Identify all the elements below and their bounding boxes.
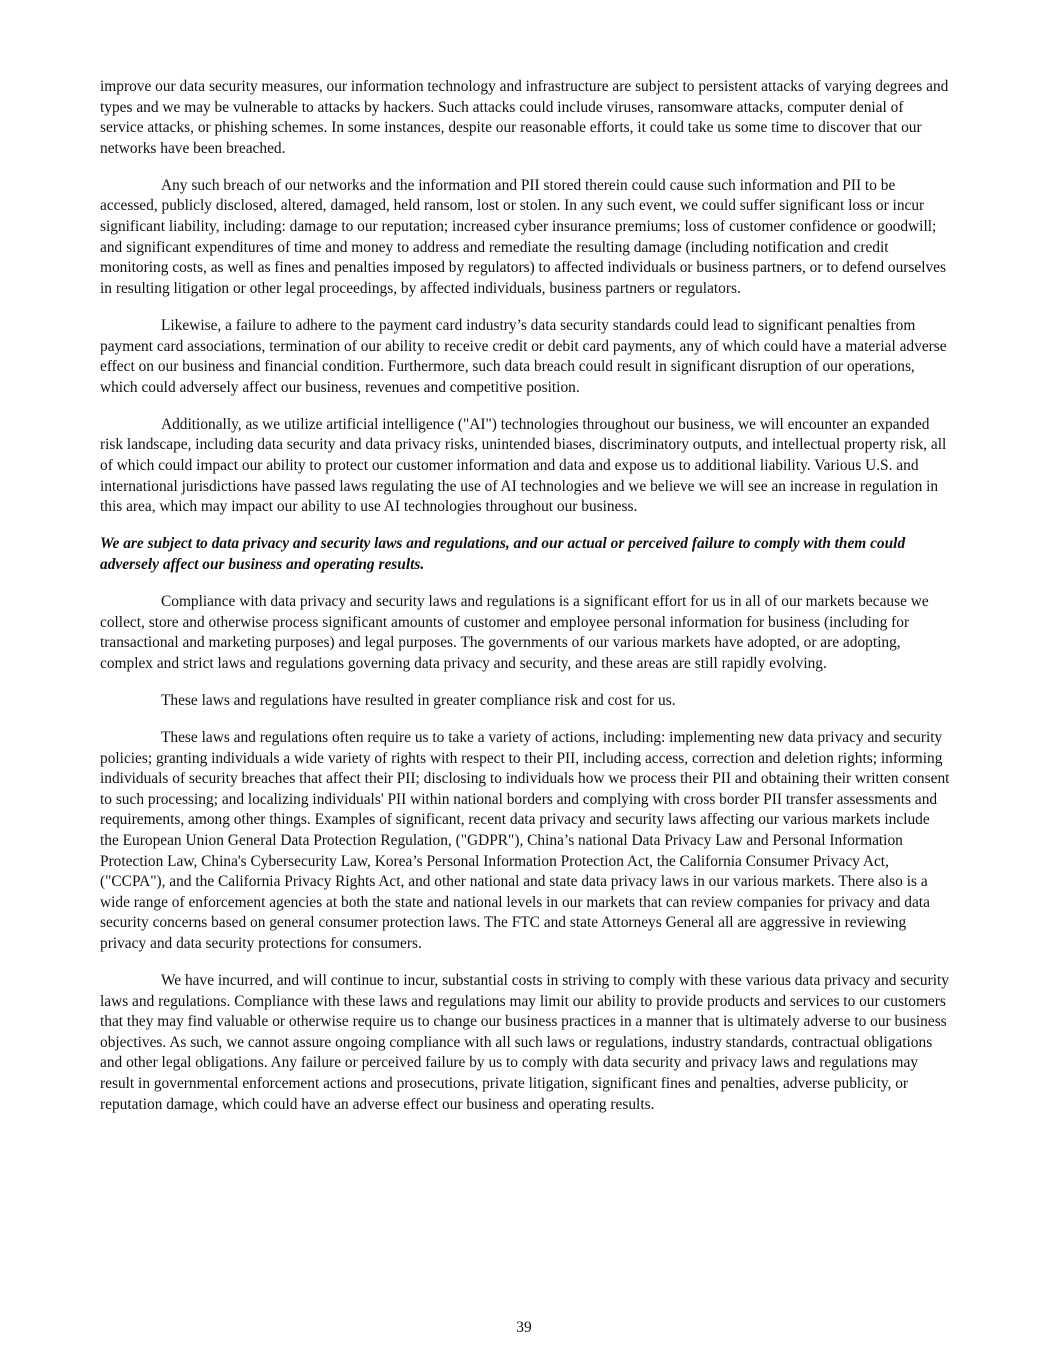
paragraph-compliance-costs: We have incurred, and will continue to i… — [100, 971, 950, 1115]
paragraph-breach-consequences: Any such breach of our networks and the … — [100, 176, 950, 300]
document-page: improve our data security measures, our … — [100, 77, 950, 1132]
paragraph-payment-card-standards: Likewise, a failure to adhere to the pay… — [100, 316, 950, 398]
paragraph-required-actions: These laws and regulations often require… — [100, 728, 950, 955]
paragraph-ai-risk: Additionally, as we utilize artificial i… — [100, 415, 950, 518]
paragraph-compliance-risk: These laws and regulations have resulted… — [100, 691, 950, 712]
section-heading-data-privacy-laws: We are subject to data privacy and secur… — [100, 534, 950, 575]
page-number: 39 — [0, 1318, 1048, 1338]
paragraph-compliance-effort: Compliance with data privacy and securit… — [100, 592, 950, 674]
paragraph-data-security-continuation: improve our data security measures, our … — [100, 77, 950, 159]
